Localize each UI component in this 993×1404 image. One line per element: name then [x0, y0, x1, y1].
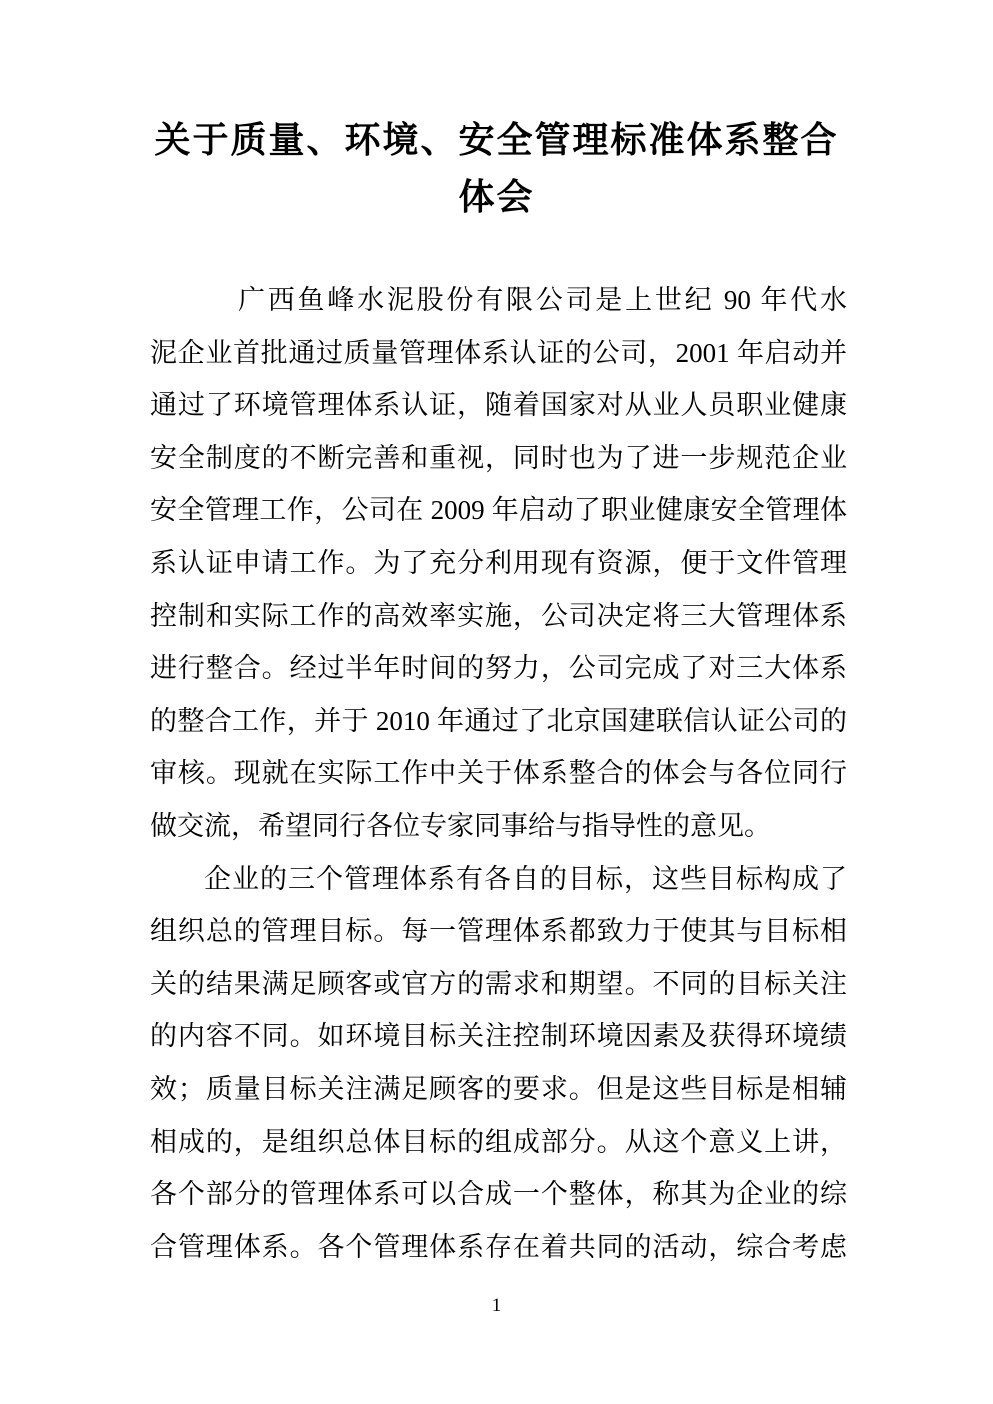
- text-line: 控制和实际工作的高效率实施，公司决定将三大管理体系: [150, 590, 847, 643]
- text-line: 安全管理工作，公司在 2009 年启动了职业健康安全管理体: [150, 484, 847, 537]
- text-line: 的内容不同。如环境目标关注控制环境因素及获得环境绩: [150, 1010, 847, 1063]
- page-number: 1: [0, 1294, 993, 1318]
- text-line: 审核。现就在实际工作中关于体系整合的体会与各位同行: [150, 747, 847, 800]
- text-line: 企业的三个管理体系有各自的目标，这些目标构成了: [150, 853, 847, 906]
- document-body: 广西鱼峰水泥股份有限公司是上世纪 90 年代水 泥企业首批通过质量管理体系认证的…: [150, 274, 847, 1273]
- text-line: 安全制度的不断完善和重视，同时也为了进一步规范企业: [150, 432, 847, 485]
- text-line: 通过了环境管理体系认证，随着国家对从业人员职业健康: [150, 379, 847, 432]
- page-title: 关于质量、环境、安全管理标准体系整合 体会: [0, 112, 993, 226]
- text-line: 相成的，是组织总体目标的组成部分。从这个意义上讲，: [150, 1116, 847, 1169]
- text-line: 广西鱼峰水泥股份有限公司是上世纪 90 年代水: [150, 274, 847, 327]
- document-page: 关于质量、环境、安全管理标准体系整合 体会 广西鱼峰水泥股份有限公司是上世纪 9…: [0, 0, 993, 1404]
- text-line: 泥企业首批通过质量管理体系认证的公司，2001 年启动并: [150, 327, 847, 380]
- text-line: 系认证申请工作。为了充分利用现有资源，便于文件管理: [150, 537, 847, 590]
- text-line: 的整合工作，并于 2010 年通过了北京国建联信认证公司的: [150, 695, 847, 748]
- text-line: 合管理体系。各个管理体系存在着共同的活动，综合考虑: [150, 1221, 847, 1274]
- page-title-line-1: 关于质量、环境、安全管理标准体系整合: [0, 112, 993, 169]
- text-line: 进行整合。经过半年时间的努力，公司完成了对三大体系: [150, 642, 847, 695]
- text-line: 各个部分的管理体系可以合成一个整体，称其为企业的综: [150, 1168, 847, 1221]
- text-line: 组织总的管理目标。每一管理体系都致力于使其与目标相: [150, 905, 847, 958]
- text-line: 效；质量目标关注满足顾客的要求。但是这些目标是相辅: [150, 1063, 847, 1116]
- text-line: 做交流，希望同行各位专家同事给与指导性的意见。: [150, 800, 847, 853]
- text-line: 关的结果满足顾客或官方的需求和期望。不同的目标关注: [150, 958, 847, 1011]
- page-title-line-2: 体会: [0, 169, 993, 226]
